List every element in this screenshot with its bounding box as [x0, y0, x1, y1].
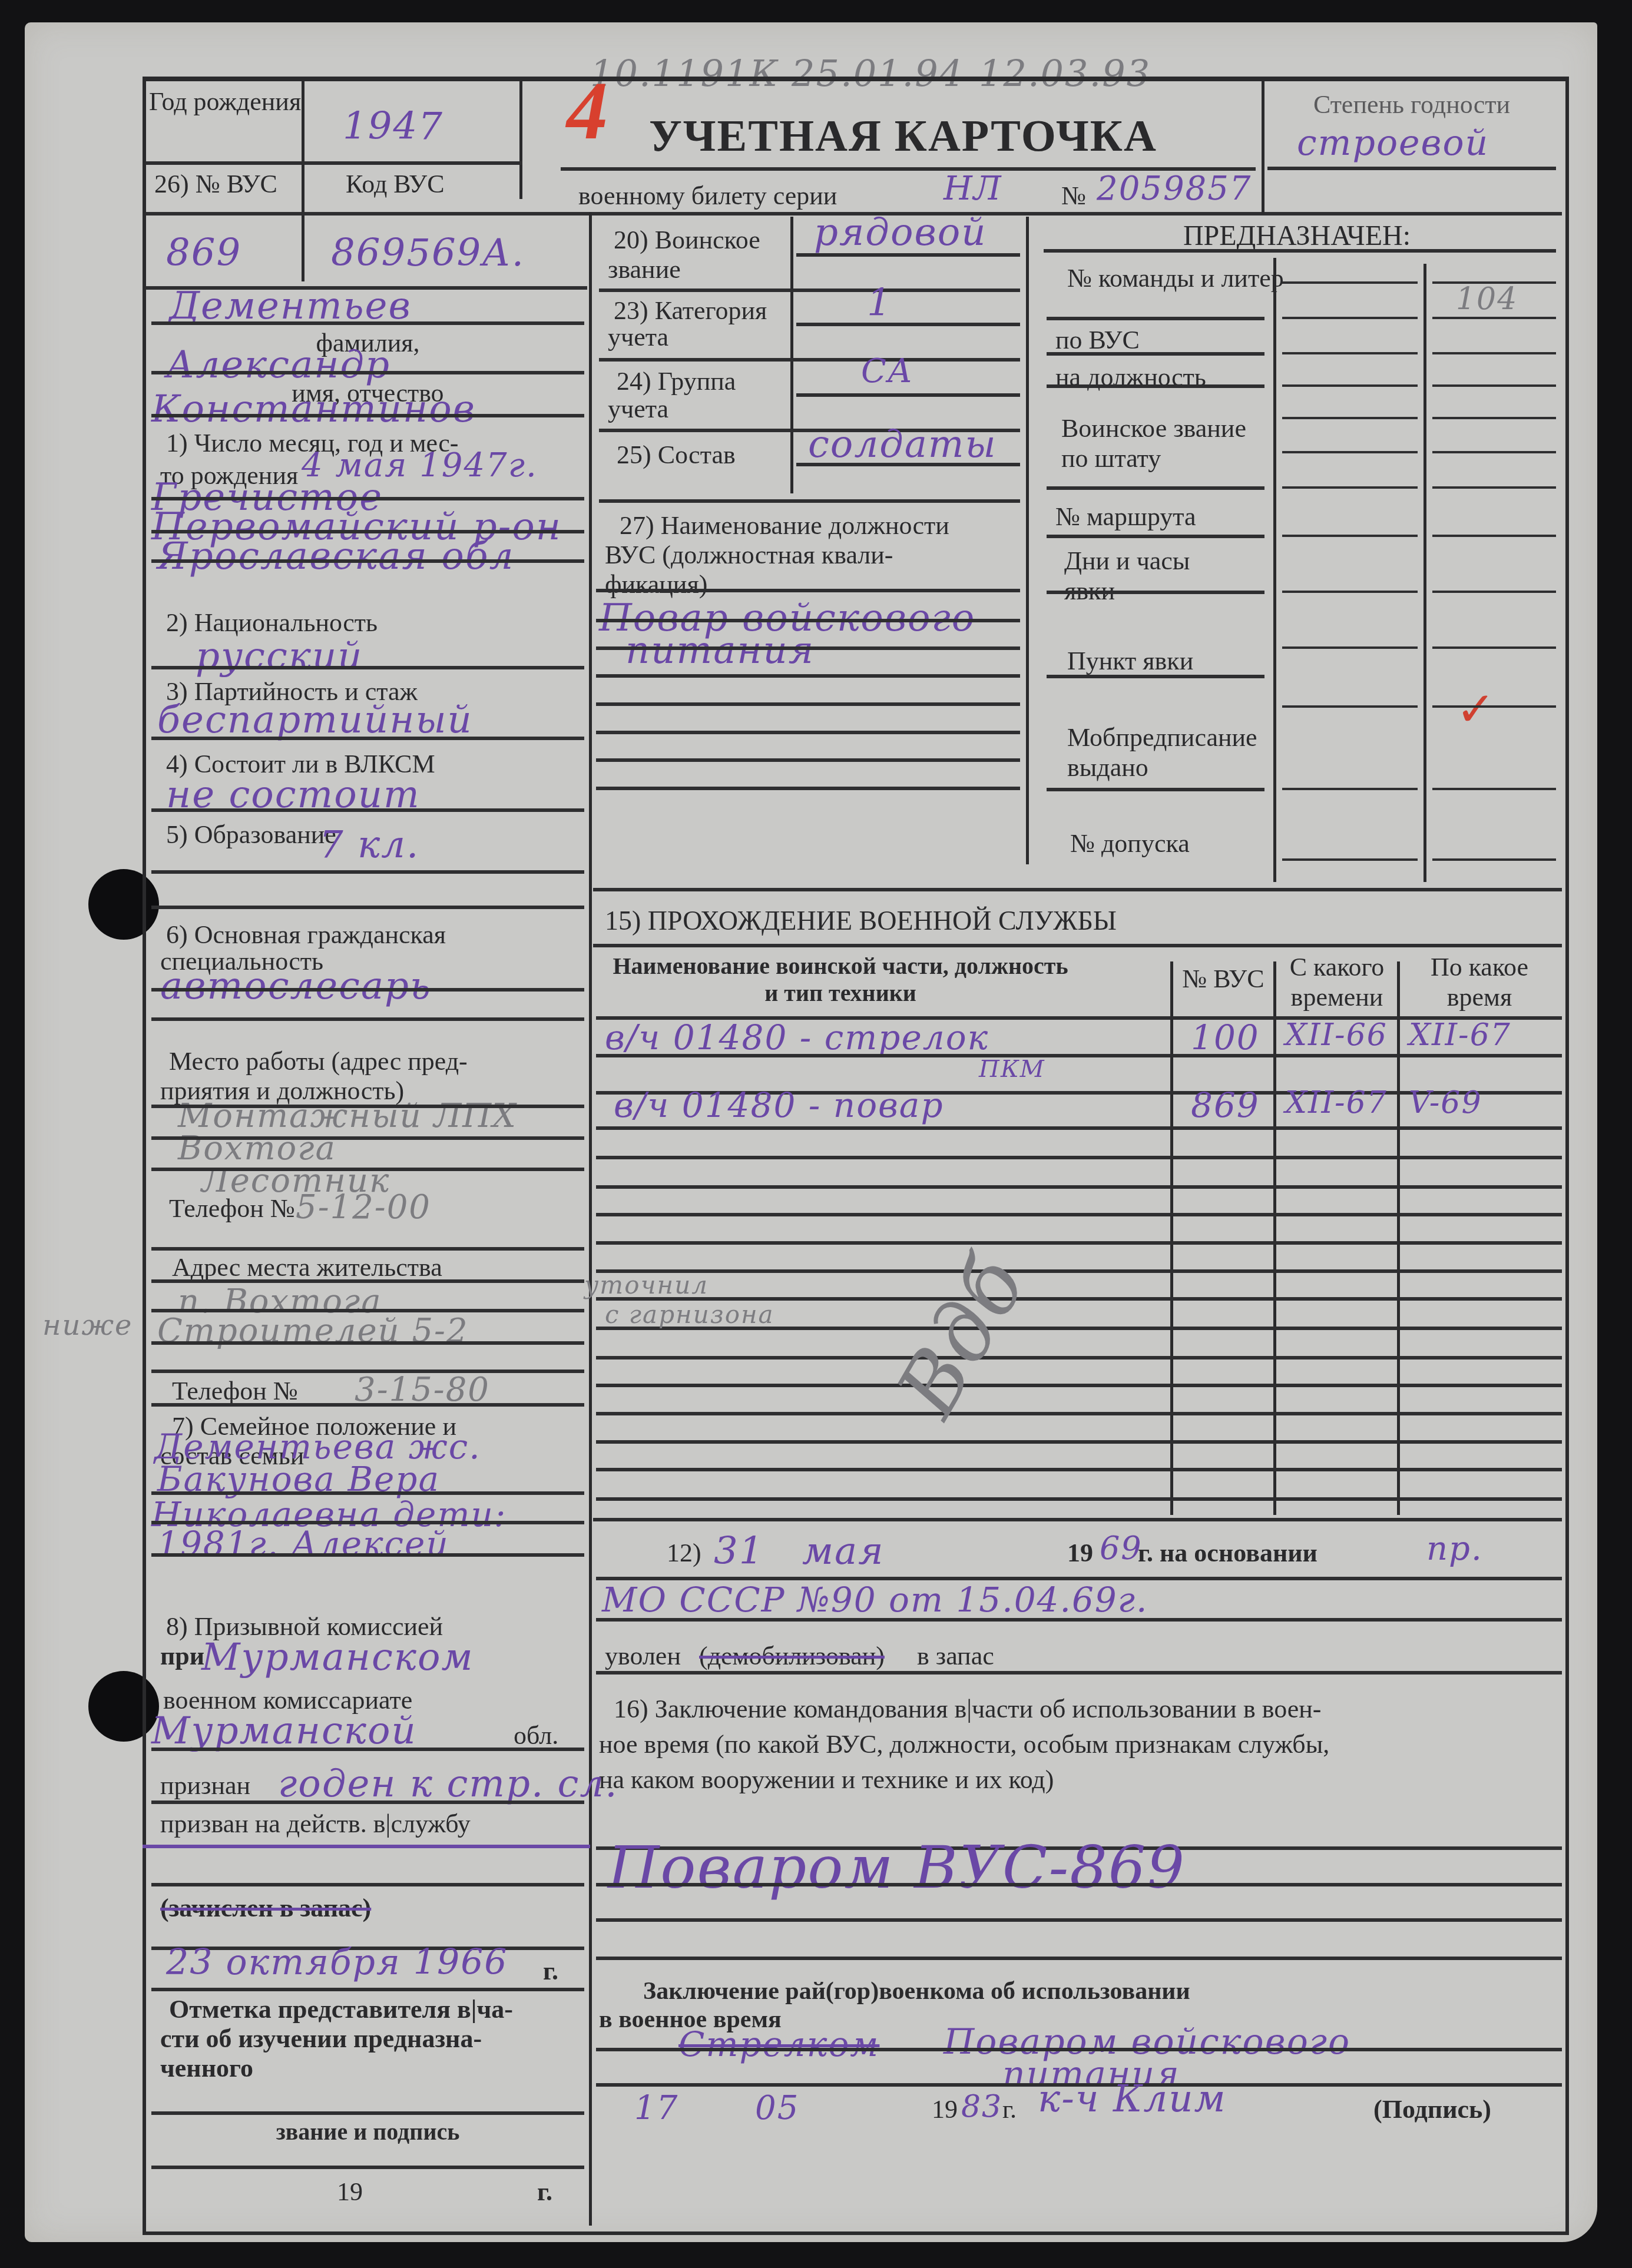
- service-col-unit: Наименование воинской части, должность и…: [605, 953, 1076, 1007]
- divider: [151, 906, 584, 909]
- address-margin-note: ниже: [42, 1309, 133, 1342]
- mark-label-2: сти об изучении предназна-: [160, 2024, 482, 2054]
- divider: [151, 530, 584, 533]
- divider: [1432, 591, 1556, 593]
- service-col-from: С какого времени: [1278, 953, 1396, 1012]
- divider: [596, 1126, 1562, 1130]
- ticket-number: 2059857: [1097, 170, 1252, 208]
- divider: [1432, 788, 1556, 790]
- ticket-number-label: №: [1061, 181, 1086, 211]
- home-phone-label: Телефон №: [172, 1377, 298, 1407]
- signature-label: (Подпись): [1373, 2095, 1491, 2125]
- ticket-label: военному билету серии: [578, 181, 837, 211]
- divider: [145, 161, 522, 165]
- divider: [1432, 535, 1556, 537]
- called-date: 23 октября 1966: [166, 1942, 508, 1983]
- divider: [151, 666, 584, 669]
- divider: [596, 1054, 1562, 1057]
- divider: [151, 1168, 584, 1171]
- position-label-1: 27) Наименование должности: [620, 511, 949, 541]
- date-year: 83: [961, 2089, 1002, 2124]
- divider: [596, 787, 1020, 790]
- recognized-value: годен к стр. сл.: [278, 1762, 618, 1806]
- divider: [1282, 281, 1418, 284]
- divider: [1432, 858, 1556, 861]
- divider: [593, 944, 1562, 947]
- category-value: 1: [867, 281, 892, 325]
- divider: [151, 1883, 584, 1886]
- divider: [151, 1988, 584, 1991]
- divider: [796, 463, 1020, 466]
- birth-year-label: Год рождения: [148, 87, 302, 117]
- work-phone-label: Телефон №: [169, 1194, 295, 1224]
- divider: [151, 1136, 584, 1140]
- composition-label: 25) Состав: [617, 440, 736, 470]
- rank-value: рядовой: [814, 211, 987, 254]
- vus-code-value: 869569А.: [331, 231, 525, 275]
- rank-label-2: звание: [608, 255, 681, 285]
- service-row-unit: в/ч 01480 - стрелок: [605, 1017, 989, 1057]
- divider: [151, 1748, 584, 1751]
- rank-sign-label: звание и подпись: [151, 2118, 584, 2146]
- assigned-row-6: Пункт явки: [1067, 646, 1193, 677]
- divider: [1047, 591, 1264, 594]
- region-suffix: обл.: [514, 1721, 558, 1751]
- divider: [1432, 417, 1556, 419]
- nationality-value: русский: [196, 635, 363, 678]
- divider: [596, 1241, 1562, 1245]
- discharge-day: 31: [714, 1530, 764, 1573]
- position-label-3: фикация): [605, 570, 707, 600]
- divider: [596, 1918, 1562, 1922]
- workplace-label-1: Место работы (адрес пред-: [169, 1047, 468, 1077]
- divider: [1424, 264, 1426, 882]
- divider: [151, 414, 584, 417]
- divider: [151, 2111, 584, 2115]
- divider: [151, 1017, 584, 1021]
- divider: [596, 702, 1020, 706]
- assigned-row-4: № маршрута: [1055, 502, 1196, 532]
- divider: [1282, 352, 1418, 354]
- service-row-vus: 100: [1191, 1017, 1260, 1057]
- year-blank: 19: [337, 2177, 363, 2207]
- service-row-note: ПКМ: [979, 1056, 1045, 1083]
- divider: [151, 808, 584, 812]
- pencil-note-1: уточнил: [584, 1271, 709, 1299]
- divider: [596, 2048, 1562, 2051]
- divider: [1273, 258, 1276, 882]
- education-label: 5) Образование: [166, 820, 336, 850]
- divider: [796, 253, 1020, 257]
- divider: [1262, 81, 1264, 214]
- specialty-value: автослесарь: [160, 964, 432, 1008]
- divider: [596, 1957, 1562, 1960]
- divider: [151, 371, 584, 374]
- divider: [596, 1384, 1562, 1387]
- divider: [1282, 451, 1418, 453]
- divider: [1273, 961, 1276, 1515]
- divider: [1282, 486, 1418, 489]
- fitness-label: Степень годности: [1267, 90, 1556, 120]
- assigned-row-7: Мобпредписание выдано: [1067, 723, 1256, 782]
- pencil-note-2: с гарнизона: [605, 1300, 774, 1329]
- divider: [151, 1247, 584, 1251]
- discharge-basis-2: МО СССР №90 от 15.04.69г.: [602, 1580, 1148, 1620]
- service-row-to: V-69: [1409, 1085, 1482, 1120]
- divider: [1432, 281, 1556, 284]
- divider: [599, 358, 1020, 362]
- patronymic-value: Константинов: [151, 387, 476, 431]
- divider: [1432, 451, 1556, 453]
- birth-year-value: 1947: [343, 105, 443, 148]
- divider: [1397, 961, 1400, 1515]
- discharge-year-prefix: 19: [1067, 1538, 1093, 1569]
- divider: [596, 1356, 1562, 1360]
- called-label: призван на действ. в|службу: [160, 1809, 471, 1839]
- divider: [1047, 675, 1264, 678]
- divider: [596, 1618, 1562, 1622]
- service-col-vus: № ВУС: [1179, 964, 1267, 994]
- divider: [1282, 705, 1418, 708]
- divider: [596, 619, 1020, 622]
- service-row-from: XII-67: [1285, 1085, 1388, 1120]
- divider: [599, 289, 1020, 292]
- divider: [1047, 352, 1264, 356]
- position-label-2: ВУС (должностная квали-: [605, 541, 893, 571]
- education-value: 7 кл.: [319, 823, 419, 867]
- service-row-vus: 869: [1191, 1085, 1260, 1125]
- assigned-row-0-value-b: 104: [1456, 281, 1518, 317]
- divider: [1026, 217, 1029, 864]
- discharge-month: мая: [802, 1530, 885, 1573]
- specialty-label-1: 6) Основная гражданская: [166, 920, 446, 950]
- commissar-label-1: Заключение рай(гор)военкома об использов…: [643, 1977, 1190, 2005]
- divider: [1047, 535, 1264, 538]
- assigned-row-0: № команды и литер: [1067, 264, 1284, 294]
- vus-code-label: Код ВУС: [346, 170, 445, 200]
- divider: [151, 1105, 584, 1108]
- divider: [1044, 249, 1556, 253]
- year-blank-suffix: г.: [537, 2177, 552, 2207]
- recognized-label: признан: [160, 1771, 250, 1801]
- divider: [596, 1497, 1562, 1501]
- divider: [151, 1553, 584, 1557]
- assigned-row-1: по ВУС: [1055, 326, 1140, 356]
- discharge-year: 69: [1100, 1530, 1143, 1567]
- ticket-series: НЛ: [944, 170, 1002, 208]
- divider: [596, 1412, 1562, 1415]
- assigned-row-8: № допуска: [1070, 829, 1190, 859]
- assigned-row-3: Воинское звание по штату: [1061, 414, 1250, 473]
- divider: [790, 217, 793, 493]
- conclusion-label-3: на каком вооружении и технике и их код): [599, 1765, 1054, 1795]
- group-label-2: учета: [608, 394, 668, 425]
- divider: [151, 1801, 584, 1804]
- divider: [151, 2166, 584, 2169]
- divider: [1432, 705, 1556, 708]
- assigned-row-5: Дни и часы явки: [1064, 546, 1241, 606]
- record-card: 10.1191К 25.01.94 12.03.93 4 Год рождени…: [25, 22, 1597, 2242]
- divider: [1267, 167, 1556, 170]
- divider: [1432, 352, 1556, 354]
- conscription-at-value: Мурманском: [201, 1636, 474, 1679]
- signer: к-ч Клим: [1038, 2077, 1227, 2121]
- check-mark-icon: ✓: [1456, 682, 1495, 737]
- group-label-1: 24) Группа: [617, 367, 736, 397]
- category-label-1: 23) Категория: [614, 296, 767, 326]
- divider: [593, 1518, 1562, 1521]
- divider: [1047, 486, 1264, 490]
- divider: [1047, 788, 1264, 791]
- divider: [596, 1185, 1562, 1189]
- commissariat-value: Мурманской: [151, 1709, 417, 1753]
- purple-underline: [143, 1845, 590, 1848]
- divider: [519, 81, 522, 199]
- date-year-prefix: 19: [932, 2095, 958, 2125]
- divider: [796, 323, 1020, 326]
- group-value: СА: [861, 352, 913, 390]
- divider: [1170, 961, 1173, 1515]
- divider: [1047, 384, 1264, 388]
- divider: [596, 1671, 1562, 1675]
- divider: [302, 217, 304, 281]
- service-row-from: XII-66: [1285, 1017, 1388, 1053]
- conclusion-label-1: 16) Заключение командования в|части об и…: [614, 1695, 1321, 1725]
- card-title: УЧЕТНАЯ КАРТОЧКА: [649, 111, 1157, 162]
- conclusion-value: Поваром ВУС-869: [608, 1833, 1186, 1902]
- divider: [1432, 646, 1556, 649]
- reserve-label: в запас: [917, 1642, 994, 1672]
- mark-label-1: Отметка представителя в|ча-: [169, 1995, 513, 2025]
- discharge-basis-label: г. на основании: [1138, 1538, 1317, 1569]
- divider: [151, 1341, 584, 1345]
- divider: [151, 988, 584, 992]
- divider: [589, 212, 592, 2226]
- vus-no-value: 869: [166, 231, 241, 275]
- composition-value: солдаты: [808, 423, 997, 466]
- fitness-value: строевой: [1297, 122, 1489, 164]
- conclusion-label-2: ное время (по какой ВУС, должности, особ…: [599, 1730, 1329, 1760]
- divider: [796, 393, 1020, 397]
- divider: [1282, 417, 1418, 419]
- divider: [596, 1213, 1562, 1216]
- divider: [151, 559, 584, 563]
- divider: [1282, 858, 1418, 861]
- divider: [596, 731, 1020, 734]
- divider: [596, 1468, 1562, 1471]
- address-label: Адрес места жительства: [172, 1253, 442, 1283]
- divider: [596, 1269, 1562, 1273]
- service-row-unit: в/ч 01480 - повар: [614, 1085, 944, 1125]
- divider: [1282, 646, 1418, 649]
- discharge-basis-1: пр.: [1426, 1530, 1483, 1568]
- discharge-label-12: 12): [667, 1538, 701, 1569]
- divider: [151, 321, 584, 325]
- category-label-2: учета: [608, 323, 668, 353]
- position-value-2: питания: [625, 629, 815, 672]
- divider: [596, 1883, 1562, 1886]
- divider: [151, 1403, 584, 1407]
- divider: [593, 888, 1562, 891]
- family-4: 1981г. Алексей: [157, 1524, 449, 1564]
- party-value: беспартийный: [157, 698, 473, 742]
- divider: [151, 497, 584, 500]
- divider: [1432, 486, 1556, 489]
- demob-label: (демобилизован): [699, 1642, 885, 1672]
- assigned-heading: ПРЕДНАЗНАЧЕН:: [1038, 220, 1556, 252]
- divider: [596, 589, 1020, 592]
- divider: [1047, 317, 1264, 320]
- divider: [1282, 591, 1418, 593]
- divider: [596, 674, 1020, 678]
- service-col-to: По какое время: [1400, 953, 1559, 1012]
- divider: [1432, 384, 1556, 387]
- date-suffix: г.: [1002, 2095, 1017, 2125]
- divider: [599, 499, 1020, 503]
- divider: [151, 870, 584, 874]
- divider: [596, 646, 1020, 650]
- birth-place-3: Ярославская обл: [157, 535, 514, 578]
- year-suffix: г.: [543, 1957, 558, 1987]
- reserve-label: (зачислен в запас): [160, 1894, 371, 1924]
- commissar-struck: Стрелком: [678, 2024, 879, 2064]
- divider: [596, 1156, 1562, 1159]
- assigned-row-2: на должность: [1055, 363, 1206, 393]
- divider: [1282, 317, 1418, 319]
- divider: [1282, 535, 1418, 537]
- divider: [1432, 317, 1556, 319]
- divider: [596, 758, 1020, 762]
- divider: [596, 1440, 1562, 1444]
- divider: [1282, 384, 1418, 387]
- service-row-to: XII-67: [1409, 1017, 1511, 1053]
- date-month: 05: [755, 2089, 799, 2127]
- divider: [151, 737, 584, 740]
- discharged-label: уволен: [605, 1642, 681, 1672]
- nationality-label: 2) Национальность: [166, 608, 378, 638]
- service-heading: 15) ПРОХОЖДЕНИЕ ВОЕННОЙ СЛУЖБЫ: [605, 906, 1117, 937]
- mark-label-3: ченного: [160, 2054, 253, 2084]
- conscription-at-label: при: [160, 1642, 204, 1672]
- divider: [1282, 788, 1418, 790]
- vus-no-label: 26) № ВУС: [154, 170, 277, 200]
- date-day: 17: [634, 2089, 678, 2127]
- rank-label-1: 20) Воинское: [614, 226, 760, 256]
- work-phone-value: 5-12-00: [296, 1188, 431, 1226]
